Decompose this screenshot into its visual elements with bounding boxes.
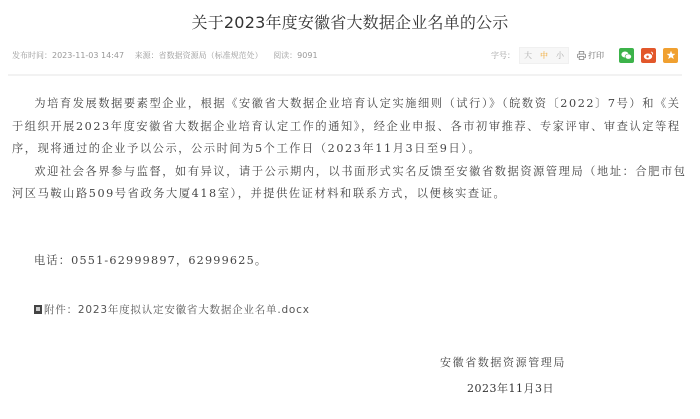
- article-title: 关于2023年度安徽省大数据企业名单的公示: [0, 10, 700, 33]
- font-size-large-button[interactable]: 大: [520, 48, 536, 63]
- share-weibo-button[interactable]: [641, 48, 656, 63]
- star-icon: [666, 50, 676, 60]
- article-toolbar: 字号： 大 中 小 打印: [491, 46, 678, 64]
- article-meta: 发布时间：2023-11-03 14:47 来源：省数据资源局（标准规范处） 阅…: [12, 50, 326, 61]
- font-size-medium-button[interactable]: 中: [536, 48, 552, 63]
- print-label: 打印: [588, 50, 604, 61]
- wechat-icon: [621, 51, 632, 60]
- article-body: 为培育发展数据要素型企业，根据《安徽省大数据企业培育认定实施细则（试行）》（皖数…: [12, 93, 688, 206]
- print-button[interactable]: 打印: [577, 50, 604, 61]
- contact-phone: 电话：0551-62999897，62999625。: [34, 252, 267, 268]
- printer-icon: [577, 51, 586, 60]
- attachment-label[interactable]: 附件：2023年度拟认定安徽省大数据企业名单.docx: [44, 302, 310, 317]
- share-wechat-button[interactable]: [619, 48, 634, 63]
- font-size-label: 字号：: [491, 50, 515, 61]
- font-size-group: 大 中 小: [519, 47, 569, 64]
- paragraph-intro: 为培育发展数据要素型企业，根据《安徽省大数据企业培育认定实施细则（试行）》（皖数…: [12, 93, 688, 161]
- font-size-small-button[interactable]: 小: [552, 48, 568, 63]
- publish-time: 发布时间：2023-11-03 14:47: [12, 51, 124, 60]
- document-icon: [34, 305, 42, 314]
- paragraph-feedback: 欢迎社会各界参与监督，如有异议，请于公示期内，以书面形式实名反馈至安徽省数据资源…: [12, 161, 688, 206]
- signature-organization: 安徽省数据资源管理局: [440, 354, 566, 370]
- header-divider: [8, 74, 682, 76]
- attachment-link[interactable]: 附件：2023年度拟认定安徽省大数据企业名单.docx: [34, 302, 310, 317]
- source: 来源：省数据资源局（标准规范处）: [135, 51, 263, 60]
- share-favorite-button[interactable]: [663, 48, 678, 63]
- view-count: 阅读：9091: [273, 51, 317, 60]
- weibo-icon: [643, 51, 654, 60]
- signature-date: 2023年11月3日: [467, 380, 554, 396]
